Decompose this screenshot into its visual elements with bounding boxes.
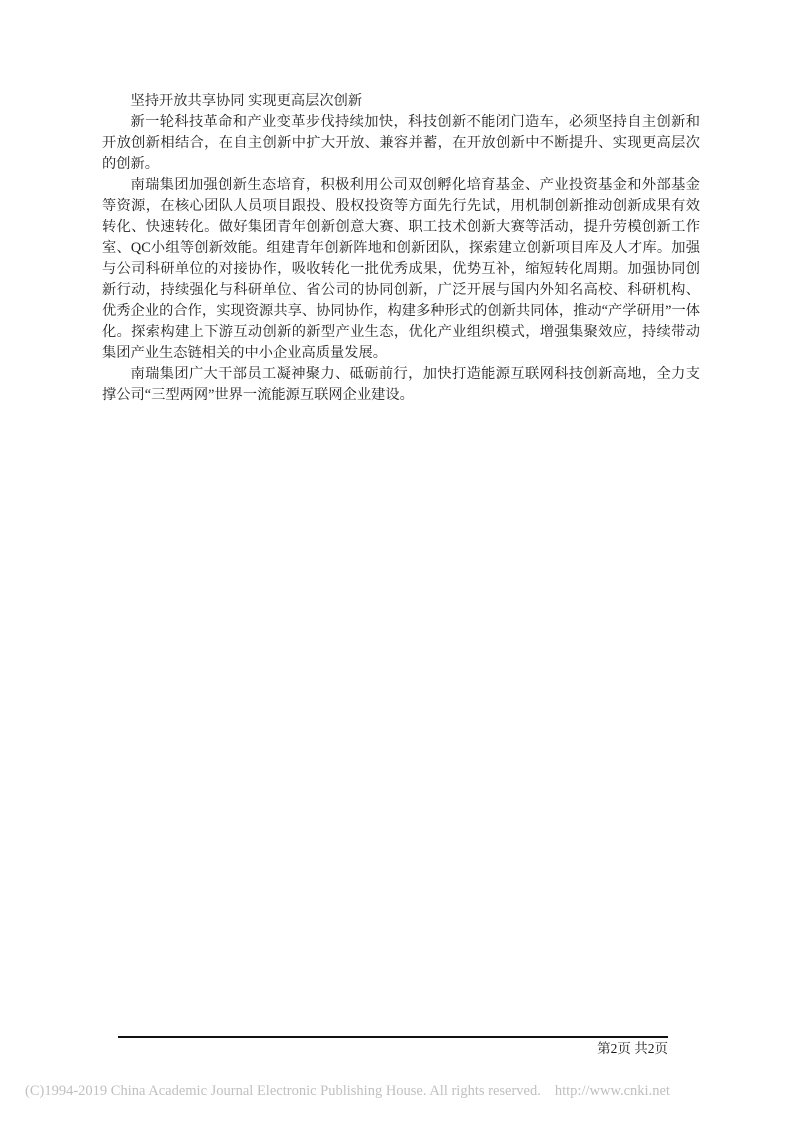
page-number: 第2页 共2页 (118, 1040, 668, 1058)
document-heading: 坚持开放共享协同 实现更高层次创新 (102, 91, 700, 112)
document-content: 坚持开放共享协同 实现更高层次创新 新一轮科技革命和产业变革步伐持续加快，科技创… (102, 91, 700, 406)
body-paragraph: 南瑞集团加强创新生态培育，积极利用公司双创孵化培育基金、产业投资基金和外部基金等… (102, 175, 700, 364)
copyright-bar: (C)1994-2019 China Academic Journal Elec… (25, 1082, 765, 1101)
body-paragraph: 南瑞集团广大干部员工凝神聚力、砥砺前行，加快打造能源互联网科技创新高地，全力支撑… (102, 364, 700, 406)
document-page: 坚持开放共享协同 实现更高层次创新 新一轮科技革命和产业变革步伐持续加快，科技创… (0, 0, 793, 1122)
copyright-url: http://www.cnki.net (555, 1083, 670, 1099)
body-paragraph: 新一轮科技革命和产业变革步伐持续加快，科技创新不能闭门造车，必须坚持自主创新和开… (102, 112, 700, 175)
footer-divider (118, 1036, 668, 1038)
copyright-notice: (C)1994-2019 China Academic Journal Elec… (25, 1083, 541, 1099)
